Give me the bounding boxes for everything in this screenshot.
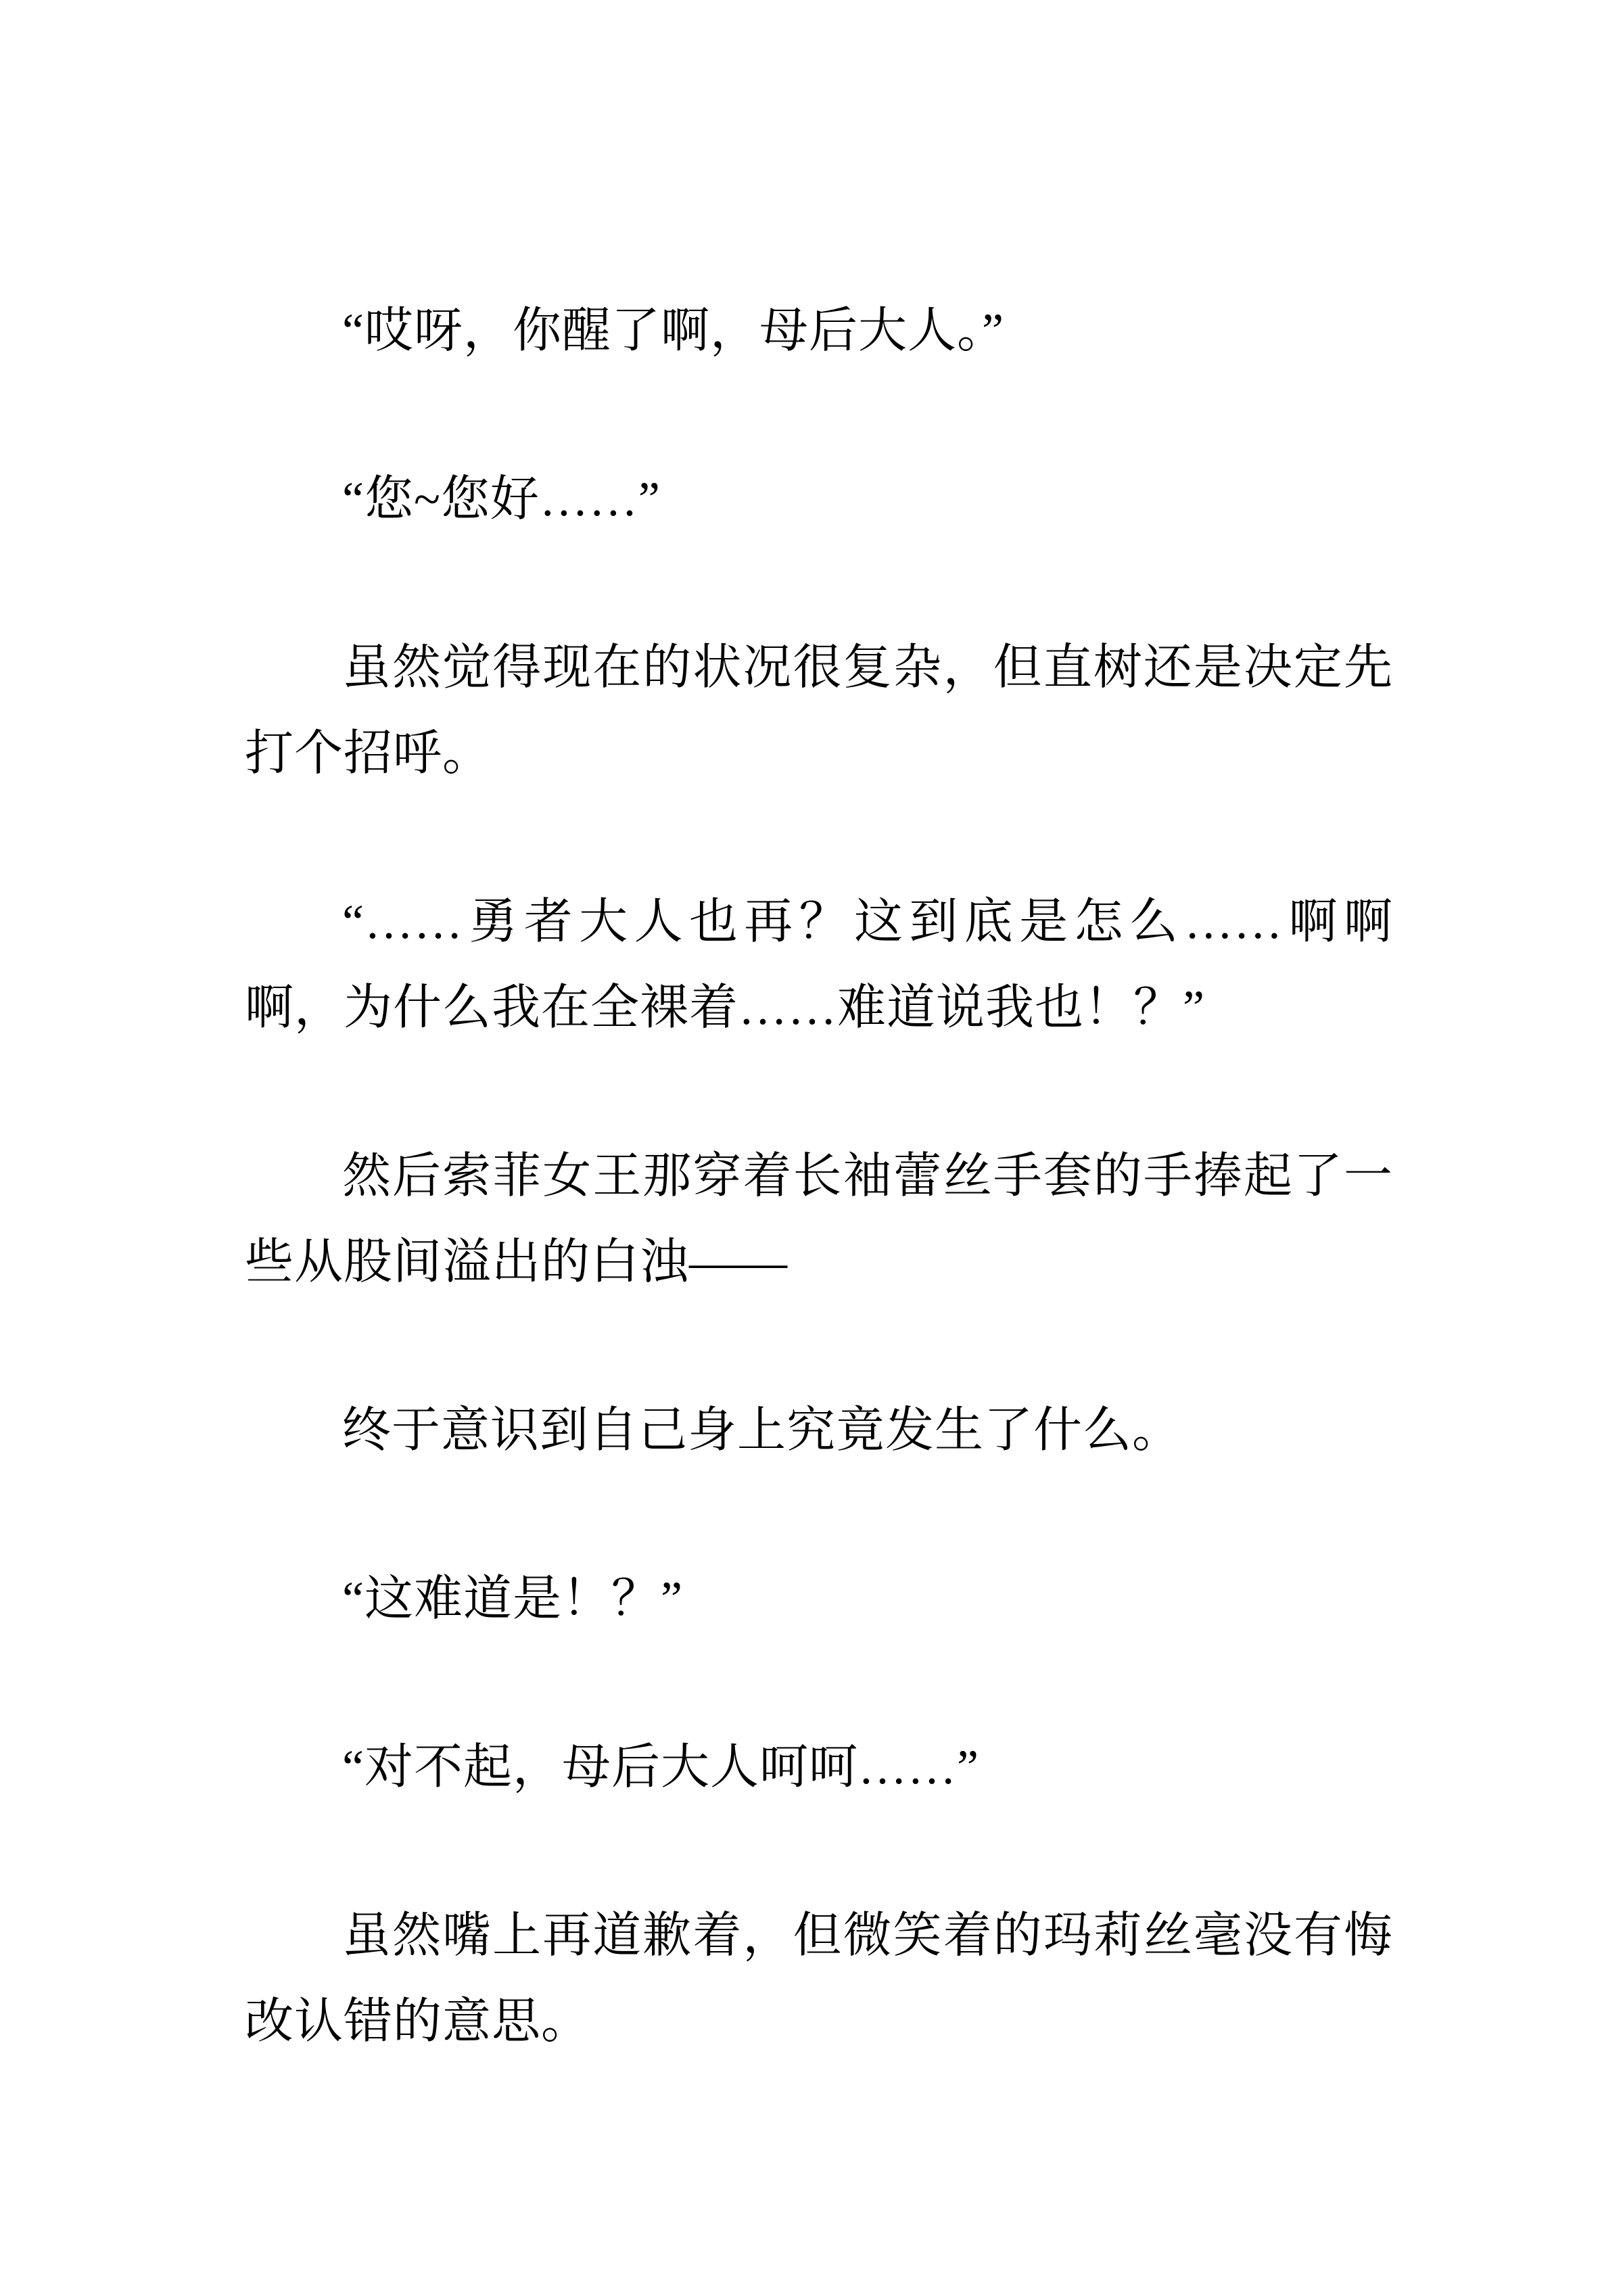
paragraph-dialogue-3: “……勇者大人也再？这到底是怎么……啊啊啊，为什么我在全裸着……难道说我也！？” (245, 879, 1393, 1051)
paragraph-dialogue-2: “您~您好……” (245, 456, 1393, 542)
paragraph-narration-2: 然后索菲女王那穿着长袖蕾丝手套的手捧起了一些从股间溢出的白浊—— (245, 1133, 1393, 1305)
paragraph-narration-1: 虽然觉得现在的状况很复杂，但直树还是决定先打个招呼。 (245, 625, 1393, 797)
paragraph-narration-3: 终于意识到自己身上究竟发生了什么。 (245, 1388, 1393, 1474)
paragraph-dialogue-1: “哎呀，你醒了啊，母后大人。” (245, 288, 1393, 374)
paragraph-dialogue-4: “这难道是！？” (245, 1556, 1393, 1642)
paragraph-narration-4: 虽然嘴上再道歉着，但微笑着的玛莉丝毫没有悔改认错的意思。 (245, 1893, 1393, 2065)
paragraph-dialogue-5: “对不起，母后大人呵呵……” (245, 1725, 1393, 1810)
document-page: “哎呀，你醒了啊，母后大人。” “您~您好……” 虽然觉得现在的状况很复杂，但直… (0, 0, 1623, 2296)
